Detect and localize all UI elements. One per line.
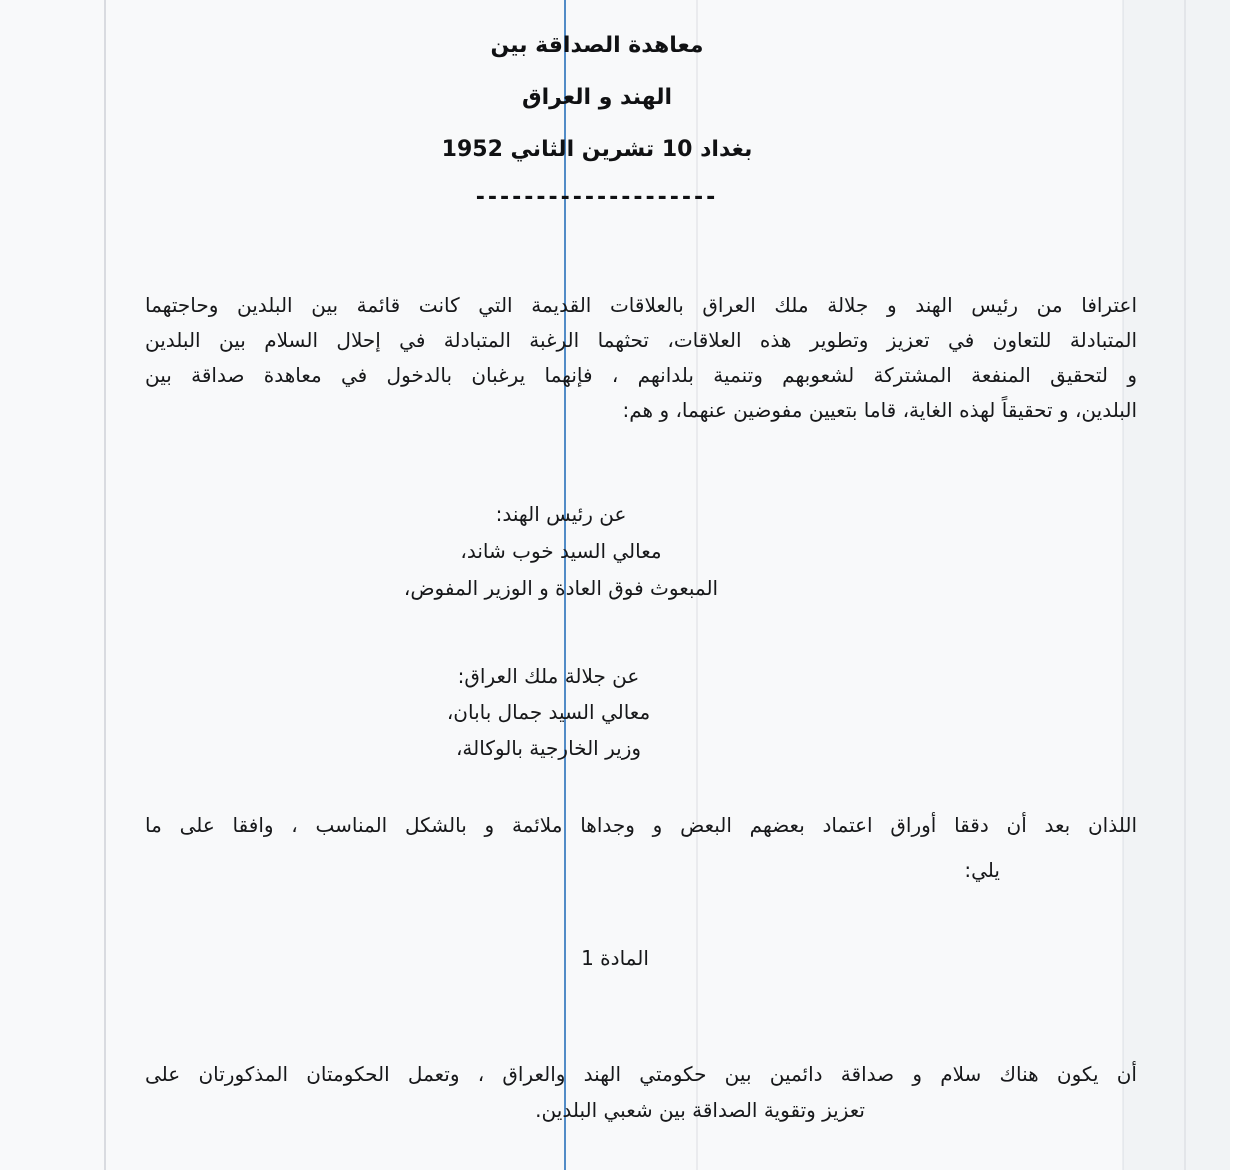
- article-1-heading: المادة 1: [145, 946, 1137, 970]
- preamble-line: البلدين، و تحقيقاً لهذه الغاية، قاما بتع…: [145, 393, 1137, 428]
- treaty-title-line-1: معاهدة الصداقة بين: [0, 30, 1242, 62]
- title-separator-dashes: --------------------: [0, 182, 1242, 214]
- treaty-title-date-line: بغداد 10 تشرين الثاني 1952: [0, 134, 1242, 166]
- treaty-title-line-2: الهند و العراق: [0, 82, 1242, 114]
- india-delegate-title: المبعوث فوق العادة و الوزير المفوض،: [145, 570, 977, 607]
- preamble-paragraph: اعترافا من رئيس الهند و جلالة ملك العراق…: [145, 288, 1137, 428]
- scan-page-edge-right: [1230, 0, 1242, 1170]
- preamble-line: المتبادلة للتعاون في تعزيز وتطوير هذه ال…: [145, 323, 1137, 358]
- accord-line: اللذان بعد أن دققا أوراق اعتماد بعضهم ال…: [145, 808, 1137, 843]
- article-1-paragraph: أن يكون هناك سلام و صداقة دائمين بين حكو…: [145, 1056, 1137, 1128]
- article-1-line: تعزيز وتقوية الصداقة بين شعبي البلدين.: [145, 1092, 1137, 1128]
- scan-faint-line-right-2: [1184, 0, 1186, 1170]
- scan-fold-line-left: [104, 0, 106, 1170]
- accord-line: يلي:: [145, 853, 1137, 888]
- india-delegate-name: معالي السيد خوب شاند،: [145, 533, 977, 570]
- iraq-delegate-title: وزير الخارجية بالوكالة،: [145, 730, 952, 766]
- scan-shading-band: [1123, 0, 1230, 1170]
- iraq-delegate-block: عن جلالة ملك العراق: معالي السيد جمال با…: [145, 658, 1137, 766]
- article-1-line: أن يكون هناك سلام و صداقة دائمين بين حكو…: [145, 1056, 1137, 1092]
- india-delegate-heading: عن رئيس الهند:: [145, 496, 977, 533]
- iraq-delegate-name: معالي السيد جمال بابان،: [145, 694, 952, 730]
- accord-paragraph: اللذان بعد أن دققا أوراق اعتماد بعضهم ال…: [145, 808, 1137, 888]
- india-delegate-block: عن رئيس الهند: معالي السيد خوب شاند، الم…: [145, 496, 1137, 607]
- preamble-line: و لتحقيق المنفعة المشتركة لشعوبهم وتنمية…: [145, 358, 1137, 393]
- preamble-line: اعترافا من رئيس الهند و جلالة ملك العراق…: [145, 288, 1137, 323]
- scanned-treaty-page: معاهدة الصداقة بين الهند و العراق بغداد …: [0, 0, 1242, 1170]
- iraq-delegate-heading: عن جلالة ملك العراق:: [145, 658, 952, 694]
